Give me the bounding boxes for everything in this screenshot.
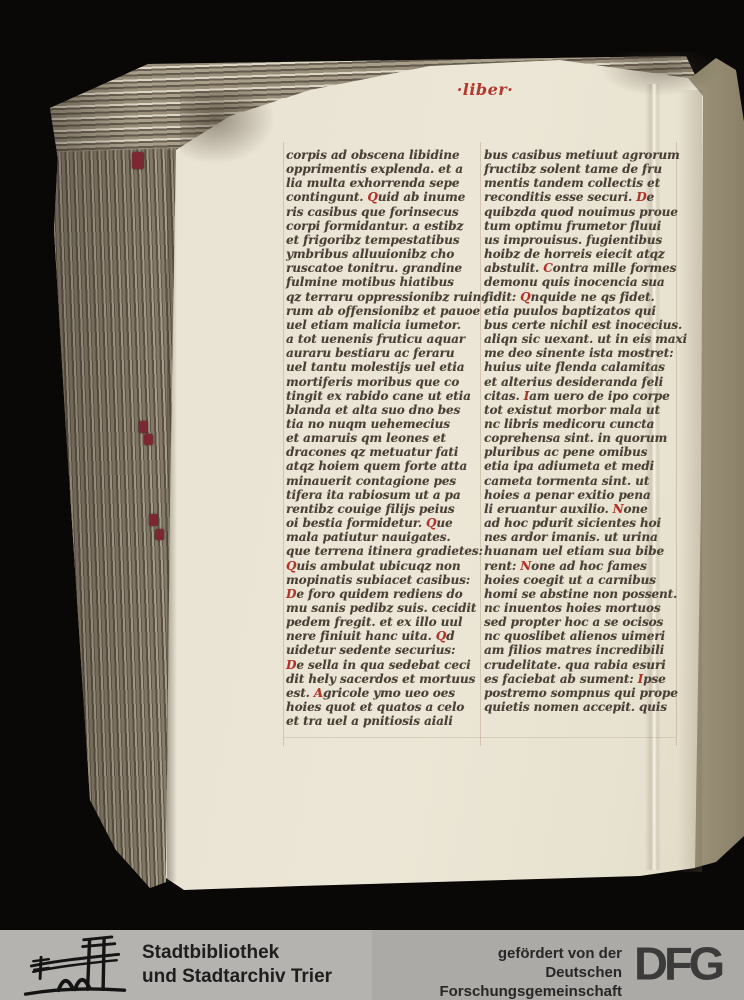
manuscript-line: fulmine motibus hiatibus (286, 275, 484, 289)
manuscript-line: qz terraru oppressionibz ruina (286, 290, 484, 304)
manuscript-line: coprehensa sint. in quorum (484, 431, 682, 445)
manuscript-line: que terrena itinera gradietes: (286, 544, 484, 558)
manuscript-line: hoies a penar exitio pena (484, 488, 682, 502)
manuscript-line: citas. Iam uero de ipo corpe (484, 389, 682, 403)
manuscript-line: Quis ambulat ubicuqz non (286, 559, 484, 573)
manuscript-line: me deo sinente ista mostret: (484, 346, 682, 360)
rubric-initial: Q (286, 559, 296, 573)
manuscript-line: contingunt. Quid ab inume (286, 190, 484, 204)
ruling-line (284, 737, 676, 738)
dfg-logo: DFG (634, 932, 738, 997)
library-name: Stadtbibliothek und Stadtarchiv Trier (142, 941, 332, 989)
manuscript-line: bus casibus metiuut agrorum (484, 148, 682, 162)
manuscript-line: uel tantu molestijs uel etia (286, 360, 484, 374)
manuscript-line: ruscatoe tonitru. grandine (286, 261, 484, 275)
manuscript-line: mu sanis pedibz suis. cecidit (286, 601, 484, 615)
manuscript-column-right: bus casibus metiuut agrorumfructibz sole… (484, 148, 682, 714)
manuscript-line: mopinatis subiacet casibus: (286, 573, 484, 587)
bookmark-tab (139, 421, 148, 433)
manuscript-line: aliqn sic uexant. ut in eis maxi (484, 332, 682, 346)
rubric-initial: D (286, 658, 296, 672)
manuscript-line: a tot uenenis fruticu aquar (286, 332, 484, 346)
manuscript-line: mala patiutur nauigates. (286, 530, 484, 544)
manuscript-line: nc inuentos hoies mortuos (484, 601, 682, 615)
manuscript-line: quietis nomen accepit. quis (484, 700, 682, 714)
manuscript-line: pedem fregit. et ex illo uul (286, 615, 484, 629)
manuscript-line: tia no nuqm uehemecius (286, 417, 484, 431)
manuscript-line: hoies quot et quatos a celo (286, 700, 484, 714)
manuscript-line: et amaruis qm leones et (286, 431, 484, 445)
running-title: ·liber· (418, 80, 552, 100)
manuscript-line: ris casibus que forinsecus (286, 205, 484, 219)
manuscript-line: oi bestia formidetur. Que (286, 516, 484, 530)
rubric-initial: D (286, 587, 296, 601)
manuscript-line: lia multa exhorrenda sepe (286, 176, 484, 190)
manuscript-line: abstulit. Contra mille formes (484, 261, 682, 275)
manuscript-line: hoibz de horreis eiecit atqz (484, 247, 682, 261)
manuscript-line: uidetur sedente securius: (286, 643, 484, 657)
manuscript-line: uel etiam malicia iumetor. (286, 318, 484, 332)
manuscript-line: est. Agricole ymo ueo oes (286, 686, 484, 700)
gutter-shadow (167, 150, 177, 882)
manuscript-line: homi se abstine non possent. (484, 587, 682, 601)
manuscript-line: et frigoribz tempestatibus (286, 233, 484, 247)
manuscript-line: mentis tandem collectis et (484, 176, 682, 190)
manuscript-line: demonu quis inocencia sua (484, 275, 682, 289)
manuscript-line: reconditis esse securi. De (484, 190, 682, 204)
library-name-line1: Stadtbibliothek (142, 941, 332, 965)
manuscript-line: rent: None ad hoc fames (484, 559, 682, 573)
manuscript-line: tot existut morbor mala ut (484, 403, 682, 417)
manuscript-line: am filios matres incredibili (484, 643, 682, 657)
manuscript-line: nere finiuit hanc uita. Qd (286, 629, 484, 643)
manuscript-line: mortiferis moribus que co (286, 375, 484, 389)
manuscript-line: corpis ad obscena libidine (286, 148, 484, 162)
rubric-initial: D (636, 190, 646, 204)
porta-nigra-logo-icon (20, 934, 130, 998)
manuscript-line: minauerit contagione pes (286, 474, 484, 488)
manuscript-line: dit hely sacerdos et mortuus (286, 672, 484, 686)
funding-credit-line1: gefördert von der (372, 944, 622, 963)
manuscript-line: nes ardor imanis. ut urina (484, 530, 682, 544)
manuscript-line: et alterius desideranda feli (484, 375, 682, 389)
manuscript-line: crudelitate. qua rabia esuri (484, 658, 682, 672)
manuscript-line: huanam uel etiam sua bibe (484, 544, 682, 558)
rubric-initial: A (314, 686, 323, 700)
manuscript-line: dracones qz metuatur fati (286, 445, 484, 459)
rubric-initial: N (520, 559, 531, 573)
manuscript-line: rentibz couige filijs peius (286, 502, 484, 516)
manuscript-line: et tra uel a pnitiosis aiali (286, 714, 484, 728)
manuscript-line: tifera ita rabiosum ut a pa (286, 488, 484, 502)
manuscript-line: ad hoc pdurit sicientes hoi (484, 516, 682, 530)
manuscript-line: De sella in qua sedebat ceci (286, 658, 484, 672)
manuscript-line: opprimentis explenda. et a (286, 162, 484, 176)
manuscript-line: auraru bestiaru ac feraru (286, 346, 484, 360)
manuscript-line: corpi formidantur. a estibz (286, 219, 484, 233)
manuscript-line: hoies coegit ut a carnibus (484, 573, 682, 587)
manuscript-line: quibzda quod nouimus proue (484, 205, 682, 219)
manuscript-line: etia ipa adiumeta et medi (484, 459, 682, 473)
manuscript-line: tum optimu frumetor fluui (484, 219, 682, 233)
manuscript-line: pluribus ac pene omibus (484, 445, 682, 459)
rubric-initial: Q (436, 629, 446, 643)
bookmark-tab (144, 434, 153, 445)
manuscript-line: huius uite flenda calamitas (484, 360, 682, 374)
bookmark-tab (149, 514, 158, 526)
library-name-line2: und Stadtarchiv Trier (142, 965, 332, 989)
rubric-initial: Q (426, 516, 436, 530)
funding-credit: gefördert von der Deutschen Forschungsge… (372, 944, 622, 1000)
funding-credit-line2: Deutschen Forschungsgemeinschaft (372, 963, 622, 1000)
manuscript-line: rum ab offensionibz et pauoe (286, 304, 484, 318)
rubric-initial: N (613, 502, 624, 516)
digitized-manuscript-photo: ·liber· corpis ad obscena libidineopprim… (0, 0, 744, 1000)
bookmark-tab (132, 152, 144, 169)
manuscript-line: fidit: Qnquide ne qs fidet. (484, 290, 682, 304)
manuscript-line: cameta tormenta sint. ut (484, 474, 682, 488)
manuscript-line: ymbribus alluuionibz cho (286, 247, 484, 261)
manuscript-line: li eruantur auxilio. None (484, 502, 682, 516)
manuscript-line: us improuisus. fugientibus (484, 233, 682, 247)
manuscript-line: postremo sompnus qui prope (484, 686, 682, 700)
manuscript-line: blanda et alta suo dno bes (286, 403, 484, 417)
manuscript-line: tingit ex rabido cane ut etia (286, 389, 484, 403)
rubric-initial: C (543, 261, 552, 275)
ruling-line (283, 142, 284, 746)
manuscript-column-left: corpis ad obscena libidineopprimentis ex… (286, 148, 484, 728)
manuscript-line: nc libris medicoru cuncta (484, 417, 682, 431)
manuscript-line: atqz hoiem quem forte atta (286, 459, 484, 473)
bookmark-tab (155, 529, 164, 540)
manuscript-line: es faciebat ab sument: Ipse (484, 672, 682, 686)
rubric-initial: Q (520, 290, 530, 304)
manuscript-line: De foro quidem rediens do (286, 587, 484, 601)
rubric-initial: Q (367, 190, 377, 204)
manuscript-line: sed propter hoc a se ocisos (484, 615, 682, 629)
manuscript-line: bus certe nichil est inocecius. (484, 318, 682, 332)
manuscript-line: etia puulos baptizatos qui (484, 304, 682, 318)
manuscript-line: nc quoslibet alienos uimeri (484, 629, 682, 643)
manuscript-line: fructibz solent tame de fru (484, 162, 682, 176)
